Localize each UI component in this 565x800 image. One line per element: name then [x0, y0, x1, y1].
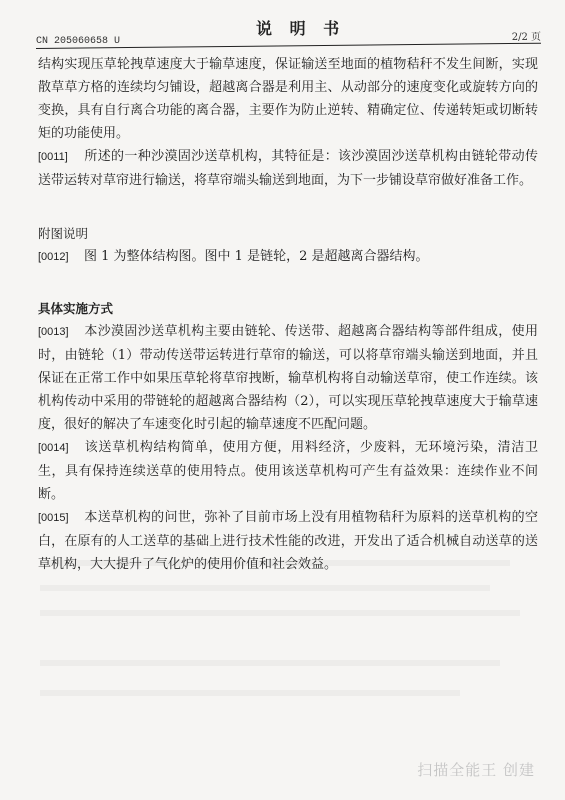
paragraph-0014: [0014]该送草机构结构简单，使用方便，用料经济，少废料，无环境污染，清洁卫生…	[38, 436, 538, 506]
paragraph-0013: [0013]本沙漠固沙送草机构主要由链轮、传送带、超越离合器结构等部件组成，使用…	[38, 320, 538, 436]
paragraph-0011: [0011]所述的一种沙漠固沙送草机构，其特征是：该沙漠固沙送草机构由链轮带动传…	[38, 145, 538, 192]
paragraph-text: 所述的一种沙漠固沙送草机构，其特征是：该沙漠固沙送草机构由链轮带动传送带运转对草…	[38, 149, 538, 188]
paragraph-number: [0012]	[38, 246, 84, 269]
bleed-through-line	[40, 690, 460, 696]
continued-paragraph: 结构实现压草轮拽草速度大于输草速度，保证输送至地面的植物秸秆不发生间断，实现散草…	[38, 53, 538, 145]
paragraph-0012: [0012]图 1 为整体结构图。图中 1 是链轮，2 是超越离合器结构。	[38, 245, 538, 269]
page-indicator: 2/2 页	[512, 28, 541, 43]
section-heading-figures: 附图说明	[38, 222, 538, 245]
paragraph-number: [0014]	[38, 437, 84, 460]
document-page: 说 明 书 CN 205060658 U 2/2 页 结构实现压草轮拽草速度大于…	[0, 0, 565, 800]
section-heading-embodiment: 具体实施方式	[38, 297, 538, 320]
document-body: 结构实现压草轮拽草速度大于输草速度，保证输送至地面的植物秸秆不发生间断，实现散草…	[38, 53, 538, 576]
paragraph-number: [0011]	[38, 146, 84, 169]
bleed-through-line	[40, 610, 520, 616]
bleed-through-line	[40, 585, 490, 591]
bleed-through-line	[40, 660, 500, 666]
document-number: CN 205060658 U	[36, 36, 120, 47]
paragraph-text: 图 1 为整体结构图。图中 1 是链轮，2 是超越离合器结构。	[84, 249, 428, 264]
scanner-watermark: 扫描全能王 创建	[417, 759, 535, 780]
paragraph-number: [0015]	[38, 507, 84, 530]
paragraph-text: 本沙漠固沙送草机构主要由链轮、传送带、超越离合器结构等部件组成，使用时，由链轮（…	[38, 324, 538, 432]
paragraph-number: [0013]	[38, 321, 84, 344]
page-title: 说 明 书	[256, 16, 345, 39]
paragraph-text: 该送草机构结构简单，使用方便，用料经济，少废料，无环境污染，清洁卫生，具有保持连…	[38, 440, 538, 502]
bleed-through-line	[40, 560, 510, 566]
page-header: 说 明 书 CN 205060658 U 2/2 页	[36, 8, 541, 48]
